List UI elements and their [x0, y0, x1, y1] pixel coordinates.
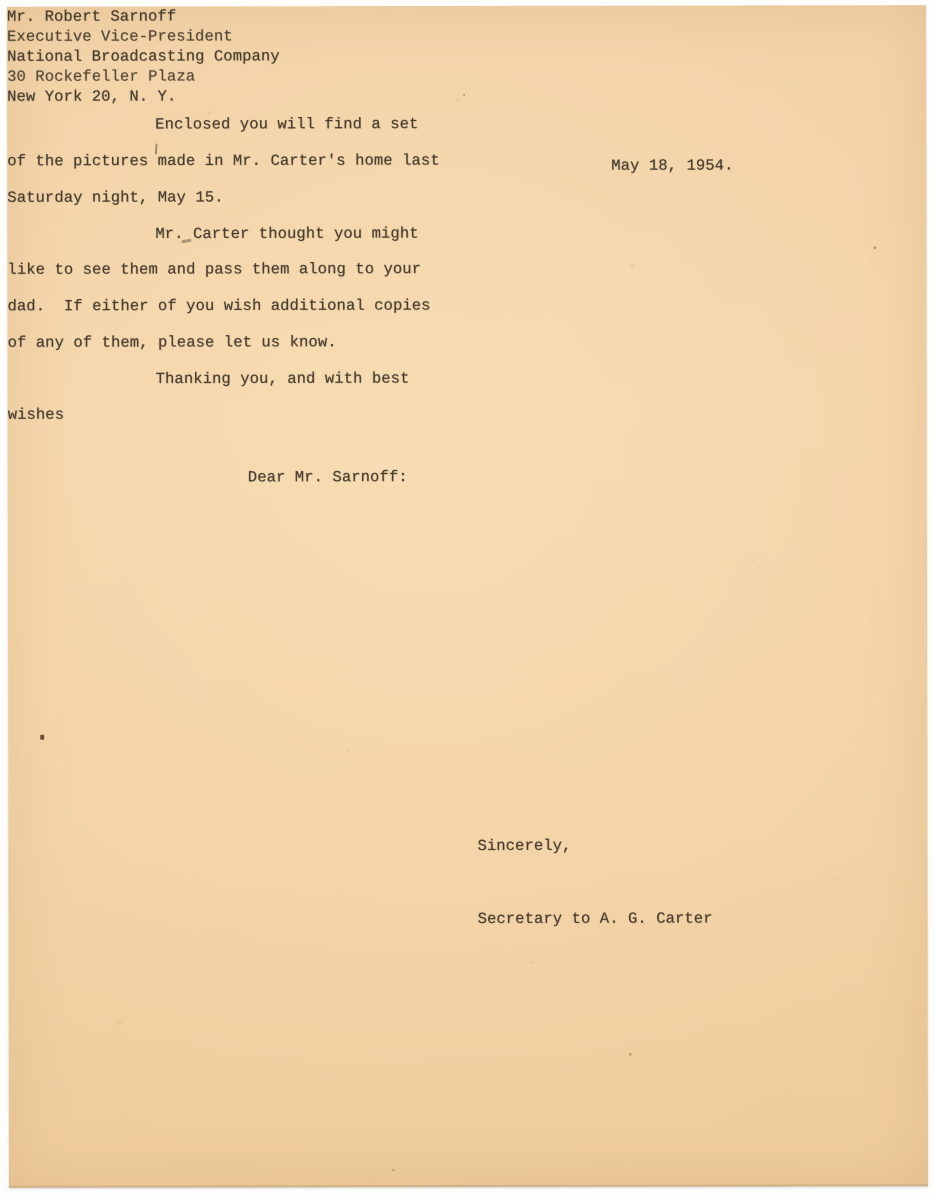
body-line: dad. If either of you wish additional co…: [7, 287, 926, 325]
salutation: Dear Mr. Sarnoff:: [248, 467, 408, 487]
body-line: wishes: [8, 396, 927, 434]
recipient-address-block: Mr. Robert Sarnoff Executive Vice-Presid…: [7, 5, 926, 107]
body-line: Thanking you, and with best: [8, 360, 927, 398]
letter-body: Enclosed you will find a set of the pict…: [7, 105, 927, 433]
closing: Sincerely,: [477, 836, 571, 856]
paper-speck: [629, 1053, 632, 1056]
recipient-name: Mr. Robert Sarnoff: [7, 5, 926, 27]
recipient-street: 30 Rockefeller Plaza: [7, 65, 926, 87]
body-line: Mr. Carter thought you might: [7, 215, 926, 253]
recipient-city: New York 20, N. Y.: [7, 85, 926, 107]
body-line: of the pictures made in Mr. Carter's hom…: [7, 142, 926, 180]
letter-page: May 18, 1954. Mr. Robert Sarnoff Executi…: [7, 5, 928, 1188]
recipient-title: Executive Vice-President: [7, 25, 926, 47]
body-line: Saturday night, May 15.: [7, 178, 926, 216]
body-line: of any of them, please let us know.: [8, 323, 927, 361]
ink-spot: [40, 735, 44, 740]
recipient-company: National Broadcasting Company: [7, 45, 926, 67]
body-line: like to see them and pass them along to …: [7, 250, 926, 288]
scan-background: May 18, 1954. Mr. Robert Sarnoff Executi…: [0, 0, 935, 1200]
paper-speck: [392, 1169, 395, 1171]
body-line: Enclosed you will find a set: [7, 105, 926, 143]
signature-title: Secretary to A. G. Carter: [478, 909, 713, 929]
